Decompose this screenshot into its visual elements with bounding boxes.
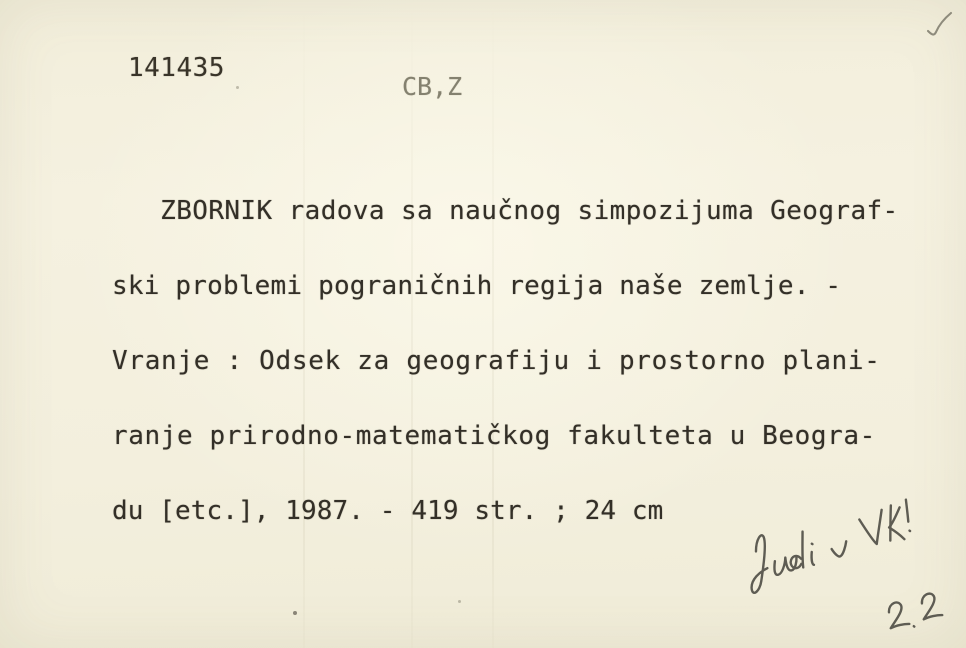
entry-line: ranje prirodno-matematičkog fakulteta u … [112,424,899,449]
ink-speck [293,611,297,615]
entry-line: ZBORNIK radova sa naučnog simpozijuma Ge… [112,199,899,224]
entry-line: ski problemi pograničnih regija naše zem… [112,274,899,299]
accession-number: 141435 [128,53,225,83]
checkmark-icon [922,10,956,44]
ink-speck [458,600,461,603]
classification-code: CB,Z [402,72,462,101]
handwritten-number [878,590,950,642]
entry-line: Vranje : Odsek za geografiju i prostorno… [112,349,899,374]
ink-speck [236,86,239,89]
catalog-card: 141435 CB,Z ZBORNIK radova sa naučnog si… [0,0,966,648]
